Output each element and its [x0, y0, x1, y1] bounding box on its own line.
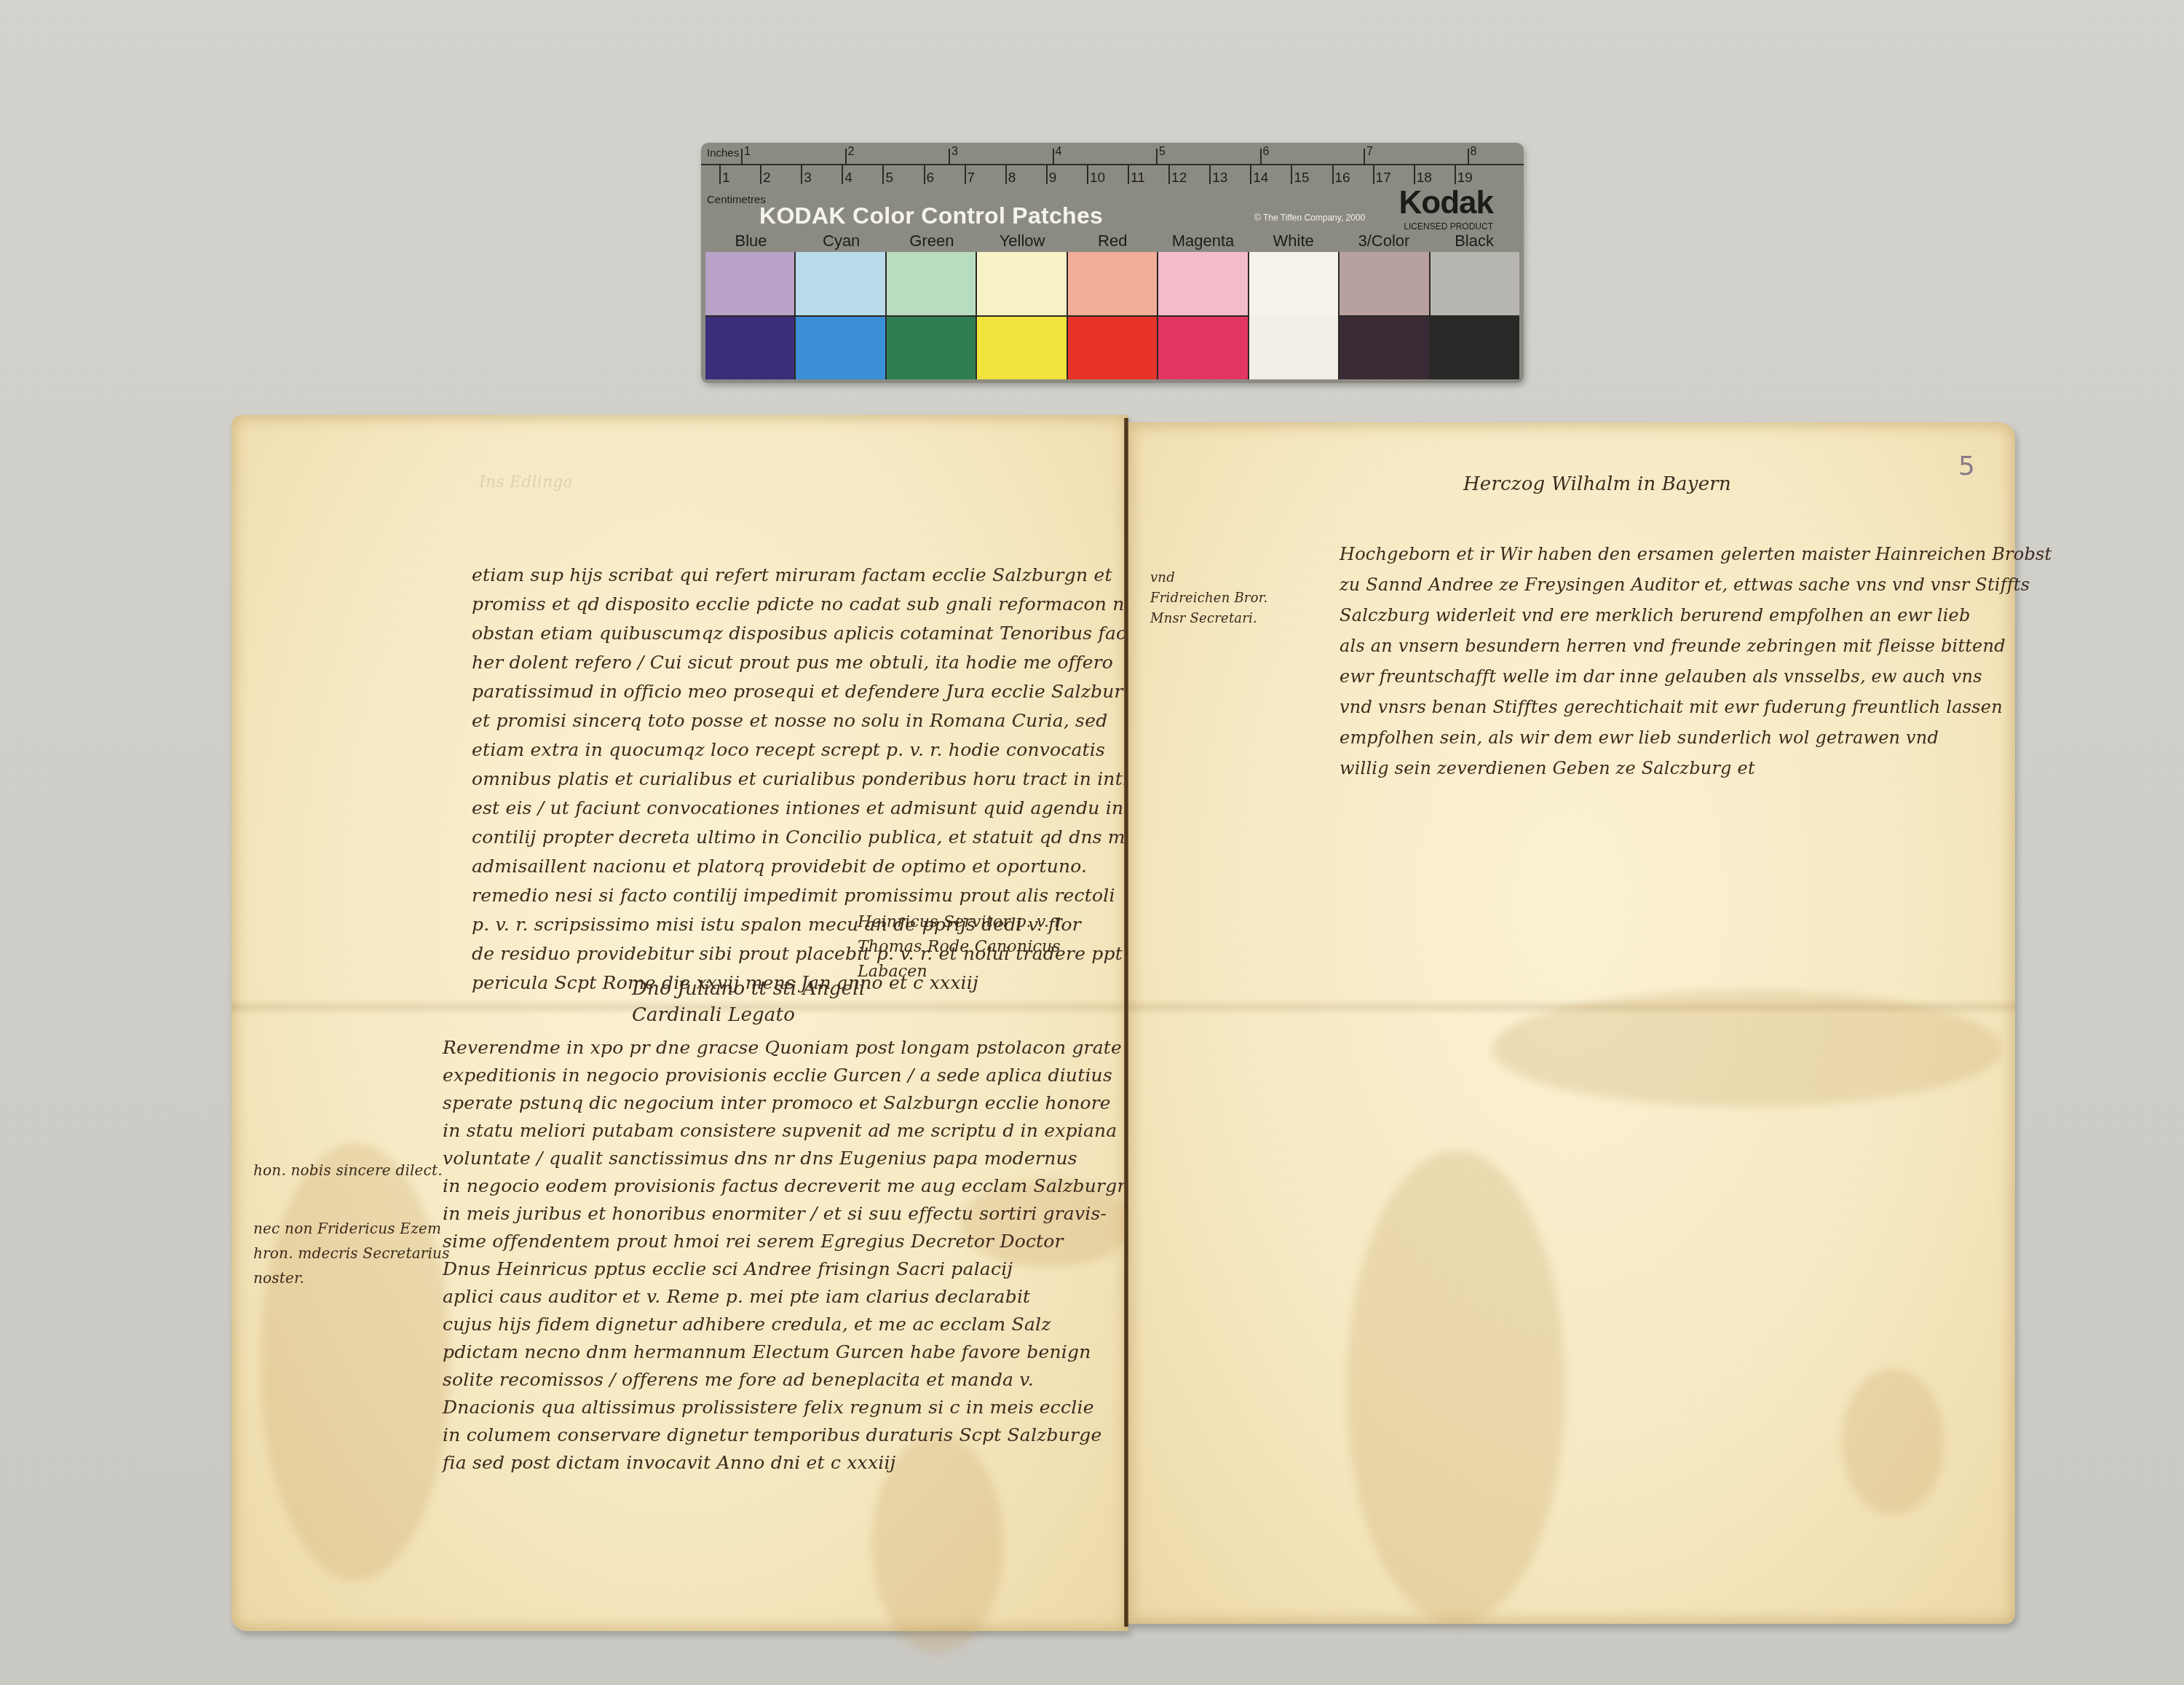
- inch-tick: [1053, 149, 1054, 165]
- patch-label-3-color: 3/Color: [1338, 232, 1429, 250]
- text-line: contilij propter decreta ultimo in Conci…: [472, 823, 1203, 852]
- text-line: in meis juribus et honoribus enormiter /…: [443, 1200, 1129, 1228]
- inch-tick: [1364, 149, 1365, 165]
- ruler-divider: [701, 164, 1524, 165]
- letter-2-text: Reverendme in xpo pr dne gracse Quoniam …: [443, 1034, 1129, 1477]
- cm-tick-label: 2: [763, 170, 771, 186]
- signature-line: Thomas Rode Canonicus: [858, 935, 1066, 960]
- patch-label-yellow: Yellow: [977, 232, 1068, 250]
- cm-tick-label: 12: [1171, 170, 1187, 186]
- margin-note-1: hon. nobis sincere dilect.: [253, 1158, 443, 1183]
- copyright-text: © The Tiffen Company, 2000: [1254, 213, 1365, 223]
- text-line: sime offendentem prout hmoi rei serem Eg…: [443, 1228, 1129, 1255]
- text-line: obstan etiam quibuscumqz disposibus apli…: [472, 619, 1203, 648]
- cm-tick: [801, 165, 802, 184]
- patch-label-blue: Blue: [705, 232, 796, 250]
- inch-tick: [845, 149, 847, 165]
- text-line: zu Sannd Andree ze Freysingen Auditor et…: [1340, 569, 2052, 600]
- cm-tick-label: 8: [1008, 170, 1016, 186]
- margin-note-line: hon. nobis sincere dilect.: [253, 1158, 443, 1183]
- patch-dark: [1431, 317, 1519, 380]
- inch-tick: [1156, 149, 1158, 165]
- margin-note-line: hron. mdecris Secretarius: [253, 1241, 450, 1266]
- patch-light: [1068, 252, 1157, 317]
- text-line: in negocio eodem provisionis factus decr…: [443, 1172, 1129, 1200]
- cm-tick: [1291, 165, 1292, 184]
- inch-tick-label: 7: [1366, 146, 1373, 159]
- address-line: Cardinali Legato: [632, 1002, 865, 1028]
- water-stain: [1347, 1151, 1565, 1624]
- text-line: voluntate / qualit sanctissimus dns nr d…: [443, 1145, 1129, 1172]
- cm-tick: [1168, 165, 1170, 184]
- patch-black: [1429, 252, 1519, 379]
- text-line: her dolent refero / Cui sicut prout pus …: [472, 648, 1203, 677]
- patch-yellow: [976, 252, 1066, 379]
- letter-1-text: etiam sup hijs scribat qui refert mirura…: [472, 561, 1203, 998]
- cm-tick-label: 19: [1457, 170, 1473, 186]
- patch-cyan: [794, 252, 885, 379]
- inch-tick: [949, 149, 950, 165]
- patch-label-green: Green: [886, 232, 977, 250]
- text-line: cujus hijs fidem dignetur adhibere credu…: [443, 1311, 1129, 1338]
- cm-tick-label: 10: [1090, 170, 1105, 186]
- water-stain: [1842, 1369, 1944, 1515]
- cm-tick: [842, 165, 843, 184]
- inch-tick: [1260, 149, 1262, 165]
- text-line: et promisi sincerq toto posse et nosse n…: [472, 706, 1203, 735]
- text-line: Dnus Heinricus pptus ecclie sci Andree f…: [443, 1255, 1129, 1283]
- text-line: admisaillent nacionu et platorq provideb…: [472, 852, 1203, 881]
- inch-tick-label: 2: [848, 146, 855, 159]
- margin-note-line: nec non Fridericus Ezem: [253, 1216, 450, 1241]
- inch-tick-label: 3: [951, 146, 958, 159]
- left-page: Ins Edlinga etiam sup hijs scribat qui r…: [232, 415, 1128, 1631]
- letter-heading: Herczog Wilhalm in Bayern: [1463, 473, 1731, 495]
- patch-light: [977, 252, 1066, 317]
- patch-green: [885, 252, 976, 379]
- patch-dark: [796, 317, 885, 380]
- text-line: promiss et qd disposito ecclie pdicte no…: [472, 590, 1203, 619]
- cm-tick: [1209, 165, 1211, 184]
- cm-tick-label: 16: [1335, 170, 1350, 186]
- patch-light: [1340, 252, 1428, 317]
- patch-label-black: Black: [1429, 232, 1520, 250]
- cm-tick-label: 1: [722, 170, 730, 186]
- text-line: expeditionis in negocio provisionis eccl…: [443, 1062, 1129, 1089]
- text-line: de residuo providebitur sibi prout place…: [472, 939, 1203, 968]
- patch-white: [1248, 252, 1338, 379]
- patch-blue: [705, 252, 794, 379]
- cm-tick-label: 3: [804, 170, 812, 186]
- text-line: vnd vnsrs benan Stifftes gerechtichait m…: [1340, 692, 2052, 722]
- text-line: Dnacionis qua altissimus prolissistere f…: [443, 1394, 1129, 1421]
- cm-tick-label: 11: [1131, 170, 1145, 186]
- target-title: KODAK Color Control Patches: [759, 202, 1103, 229]
- cm-tick: [924, 165, 925, 184]
- text-line: omnibus platis et curialibus et curialib…: [472, 765, 1203, 794]
- text-line: willig sein zeverdienen Geben ze Salczbu…: [1340, 753, 2052, 784]
- manuscript-bifolium: Ins Edlinga etiam sup hijs scribat qui r…: [232, 415, 2015, 1631]
- text-line: Hochgeborn et ir Wir haben den ersamen g…: [1340, 539, 2052, 569]
- patch-dark: [1068, 317, 1157, 380]
- patch-dark: [705, 317, 794, 380]
- cm-tick-label: 17: [1376, 170, 1391, 186]
- water-stain: [1492, 990, 2002, 1107]
- margin-note: vndFridreichen Bror.Mnsr Secretari.: [1150, 568, 1267, 629]
- text-line: Reverendme in xpo pr dne gracse Quoniam …: [443, 1034, 1129, 1062]
- patch-light: [705, 252, 794, 317]
- patch-red: [1067, 252, 1157, 379]
- patch-light: [1431, 252, 1519, 317]
- cm-tick-label: 13: [1212, 170, 1227, 186]
- cm-tick-label: 18: [1417, 170, 1432, 186]
- text-line: etiam sup hijs scribat qui refert mirura…: [472, 561, 1203, 590]
- text-line: empfolhen sein, als wir dem ewr lieb sun…: [1340, 722, 2052, 753]
- inch-tick: [741, 149, 743, 165]
- inch-tick-label: 5: [1159, 146, 1166, 159]
- margin-note-line: Mnsr Secretari.: [1150, 609, 1267, 629]
- signature-block: Heinricus Servitor p. v. r.Thomas Rode C…: [858, 910, 1066, 984]
- inch-tick-label: 1: [744, 146, 751, 159]
- cm-tick: [1414, 165, 1415, 184]
- text-line: pdictam necno dnm hermannum Electum Gurc…: [443, 1338, 1129, 1366]
- patch-light: [887, 252, 976, 317]
- cm-tick: [760, 165, 761, 184]
- cm-tick: [1332, 165, 1334, 184]
- patch-labels: BlueCyanGreenYellowRedMagentaWhite3/Colo…: [701, 232, 1524, 250]
- patch-dark: [977, 317, 1066, 380]
- letter-text: Hochgeborn et ir Wir haben den ersamen g…: [1340, 539, 2052, 784]
- cm-tick: [719, 165, 721, 184]
- cm-tick-label: 4: [844, 170, 852, 186]
- color-control-target: Inches 12345678 123456789101112131415161…: [701, 143, 1524, 383]
- text-line: ewr freuntschafft welle im dar inne gela…: [1340, 661, 2052, 692]
- text-line: aplici caus auditor et v. Reme p. mei pt…: [443, 1283, 1129, 1311]
- water-stain: [261, 1143, 450, 1580]
- patch-dark: [1340, 317, 1428, 380]
- cm-tick-label: 6: [927, 170, 935, 186]
- cm-tick: [1250, 165, 1251, 184]
- text-line: in columem conservare dignetur temporibu…: [443, 1421, 1129, 1449]
- licensed-product-text: LICENSED PRODUCT: [1404, 221, 1493, 232]
- cm-tick: [1455, 165, 1456, 184]
- bleed-through-title: Ins Edlinga: [479, 473, 573, 492]
- text-line: p. v. r. scripsissimo misi istu spalon m…: [472, 910, 1203, 939]
- signature-line: Labacen: [858, 960, 1066, 984]
- text-line: in statu meliori putabam consistere supv…: [443, 1117, 1129, 1145]
- patch-light: [1158, 252, 1247, 317]
- cm-tick: [965, 165, 966, 184]
- right-page: 5 Herczog Wilhalm in Bayern vndFridreich…: [1128, 422, 2015, 1624]
- margin-note-line: noster.: [253, 1266, 450, 1290]
- kodak-logo: Kodak: [1399, 185, 1493, 221]
- text-line: remedio nesi si facto contilij impedimit…: [472, 881, 1203, 910]
- address-line: Dno Juliano tt sti Angeli: [632, 976, 865, 1002]
- text-line: etiam extra in quocumqz loco recept scre…: [472, 735, 1203, 765]
- patch-label-cyan: Cyan: [796, 232, 887, 250]
- inch-tick-label: 6: [1263, 146, 1270, 159]
- cm-tick: [882, 165, 884, 184]
- patch-light: [796, 252, 885, 317]
- margin-note-line: Fridreichen Bror.: [1150, 588, 1267, 609]
- color-patches: [705, 252, 1519, 379]
- text-line: als an vnsern besundern herren vnd freun…: [1340, 631, 2052, 661]
- cm-tick: [1373, 165, 1374, 184]
- margin-note-line: vnd: [1150, 568, 1267, 588]
- cm-tick-label: 5: [885, 170, 893, 186]
- folio-number: 5: [1958, 451, 1975, 481]
- inch-tick-label: 8: [1471, 146, 1477, 159]
- patch-3-color: [1338, 252, 1428, 379]
- inch-tick-label: 4: [1056, 146, 1062, 159]
- cm-tick-label: 15: [1294, 170, 1309, 186]
- text-line: est eis / ut faciunt convocationes intio…: [472, 794, 1203, 823]
- margin-note-2: nec non Fridericus Ezemhron. mdecris Sec…: [253, 1216, 450, 1290]
- cm-tick-label: 7: [968, 170, 976, 186]
- patch-label-magenta: Magenta: [1158, 232, 1249, 250]
- centimetres-label: Centimetres: [707, 194, 766, 206]
- cm-tick-label: 9: [1049, 170, 1057, 186]
- cm-tick: [1128, 165, 1129, 184]
- text-line: paratissimud in officio meo prosequi et …: [472, 677, 1203, 706]
- cm-tick: [1005, 165, 1007, 184]
- text-line: solite recomissos / offerens me fore ad …: [443, 1366, 1129, 1394]
- text-line: Salczburg widerleit vnd ere merklich ber…: [1340, 600, 2052, 631]
- patch-label-red: Red: [1067, 232, 1158, 250]
- cm-tick-label: 14: [1253, 170, 1268, 186]
- cm-tick: [1087, 165, 1088, 184]
- text-line: sperate pstunq dic negocium inter promoc…: [443, 1089, 1129, 1117]
- patch-dark: [1158, 317, 1247, 380]
- patch-dark: [887, 317, 976, 380]
- inch-tick: [1468, 149, 1469, 165]
- cm-tick: [1046, 165, 1048, 184]
- patch-light: [1249, 252, 1338, 316]
- text-line: fia sed post dictam invocavit Anno dni e…: [443, 1449, 1129, 1477]
- patch-magenta: [1157, 252, 1247, 379]
- patch-label-white: White: [1248, 232, 1339, 250]
- patch-dark: [1249, 316, 1338, 380]
- address-heading: Dno Juliano tt sti AngeliCardinali Legat…: [632, 976, 865, 1028]
- inches-label: Inches: [707, 147, 739, 159]
- signature-line: Heinricus Servitor p. v. r.: [858, 910, 1066, 935]
